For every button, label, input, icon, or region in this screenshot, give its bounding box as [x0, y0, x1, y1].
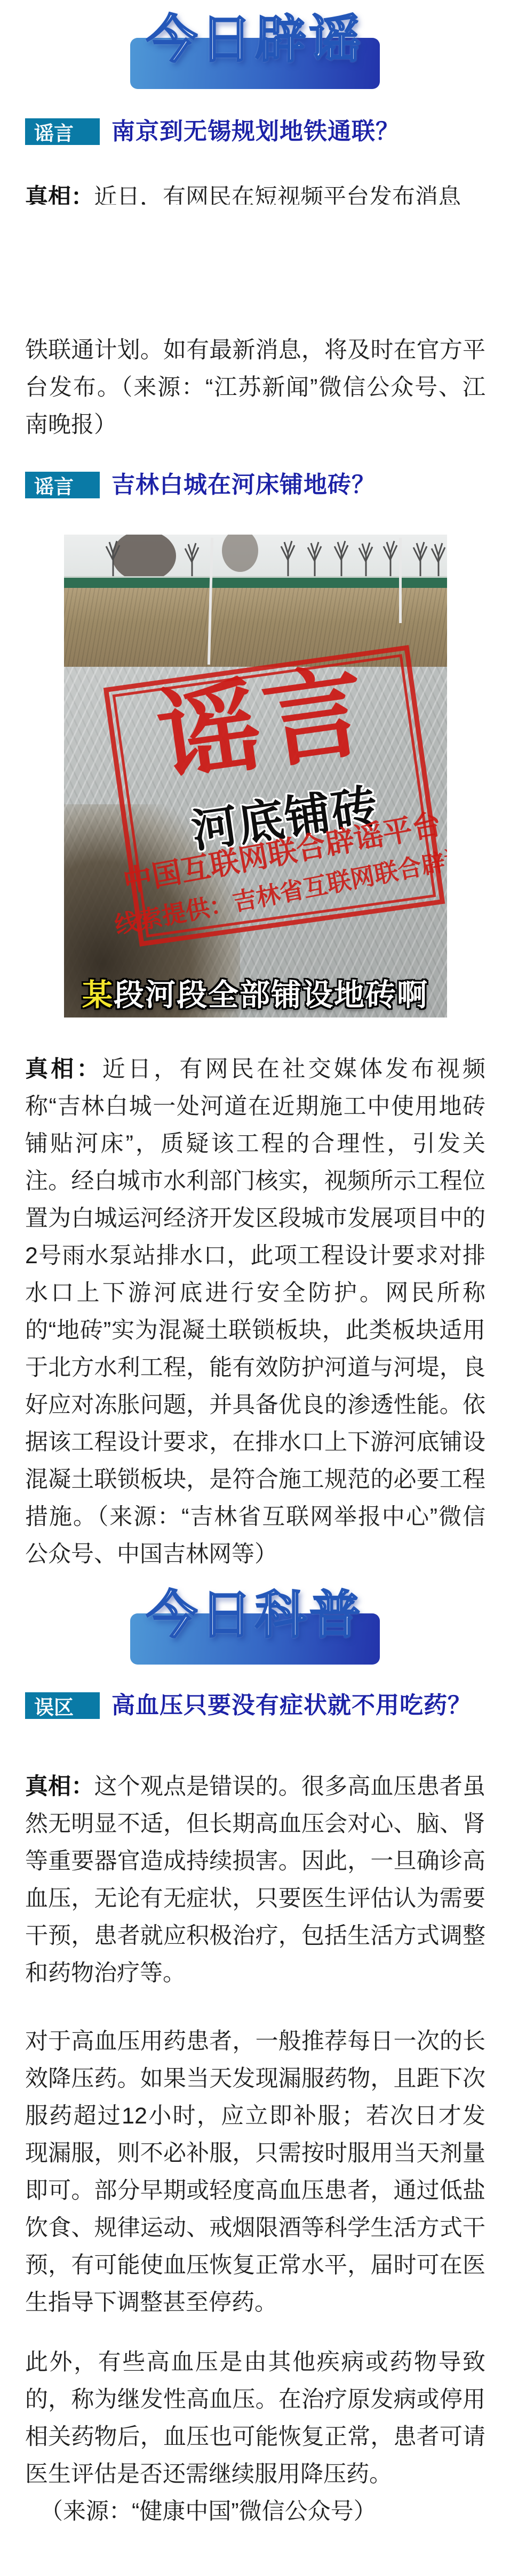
misconception-tag-text: 误区 [34, 1691, 74, 1720]
misconception-truth-1-text: 这个观点是错误的。很多高血压患者虽然无明显不适，但长期高血压会对心、脑、肾等重要… [25, 1774, 485, 1986]
misconception-truth-3: 此外，有些高血压是由其他疾病或药物导致的，称为继发性高血压。在治疗原发病或停用相… [25, 2344, 485, 2493]
rumor2-headline: 吉林白城在河床铺地砖？ [111, 472, 376, 498]
truth-prefix: 真相： [25, 1774, 94, 1799]
rumor1-truth-continuation: 铁联通计划。如有最新消息，将及时在官方平台发布。（来源：“江苏新闻”微信公众号、… [25, 332, 485, 443]
misconception-tag: 误区 [25, 1692, 100, 1719]
misconception-header: 误区 高血压只要没有症状就不用吃药？ [25, 1692, 485, 1719]
rumor2-truth: 真相：近日，有网民在社交媒体发布视频称“吉林白城一处河道在近期施工中使用地砖铺贴… [25, 1051, 485, 1573]
truth-prefix: 真相： [25, 184, 94, 205]
rumor1-tag: 谣言 [25, 118, 100, 145]
misconception-headline: 高血压只要没有症状就不用吃药？ [111, 1693, 472, 1718]
rumor1-headline: 南京到无锡规划地铁通联？ [111, 119, 400, 144]
rumor-stamp: 河底铺砖 谣言 中国互联网联合辟谣平台 线索提供：吉林省互联网联合辟谣平台 [103, 645, 445, 947]
stamp-rumor-text: 谣言 [152, 658, 376, 793]
video-caption: 某段河段全部铺设地砖啊 [64, 971, 447, 1014]
light-pole-2 [399, 538, 402, 623]
science-banner: 今日科普 [0, 1589, 510, 1665]
rumor2-truth-text: 近日，有网民在社交媒体发布视频称“吉林白城一处河道在近期施工中使用地砖铺贴河床”… [25, 1056, 485, 1567]
science-banner-title: 今日科普 [0, 1584, 510, 1648]
riverbed-photo: 河底铺砖 谣言 中国互联网联合辟谣平台 线索提供：吉林省互联网联合辟谣平台 某段… [64, 535, 447, 1018]
rumor1-tag-text: 谣言 [34, 117, 74, 146]
truth-prefix: 真相： [25, 1056, 102, 1082]
rumor-banner: 今日辟谣 [0, 13, 510, 89]
rumor1-header: 谣言 南京到无锡规划地铁通联？ [25, 118, 485, 145]
rumor2-tag-text: 谣言 [34, 471, 74, 499]
caption-highlight: 某 [82, 978, 114, 1012]
misconception-truth-1: 真相：这个观点是错误的。很多高血压患者虽然无明显不适，但长期高血压会对心、脑、肾… [25, 1768, 485, 1992]
rumor2-header: 谣言 吉林白城在河床铺地砖？ [25, 472, 485, 498]
rumor1-truth-clipped-text: 近日，有网民在短视频平台发布消息 [94, 184, 461, 205]
caption-rest: 段河段全部铺设地砖啊 [114, 978, 428, 1012]
rumor1-truth-clipped: 真相：近日，有网民在短视频平台发布消息 [25, 182, 485, 205]
rumor-banner-title: 今日辟谣 [0, 8, 510, 72]
science-source: （来源：“健康中国”微信公众号） [25, 2493, 485, 2530]
misconception-truth-2: 对于高血压用药患者，一般推荐每日一次的长效降压药。如果当天发现漏服药物，且距下次… [25, 2023, 485, 2321]
rumor2-tag: 谣言 [25, 472, 100, 498]
